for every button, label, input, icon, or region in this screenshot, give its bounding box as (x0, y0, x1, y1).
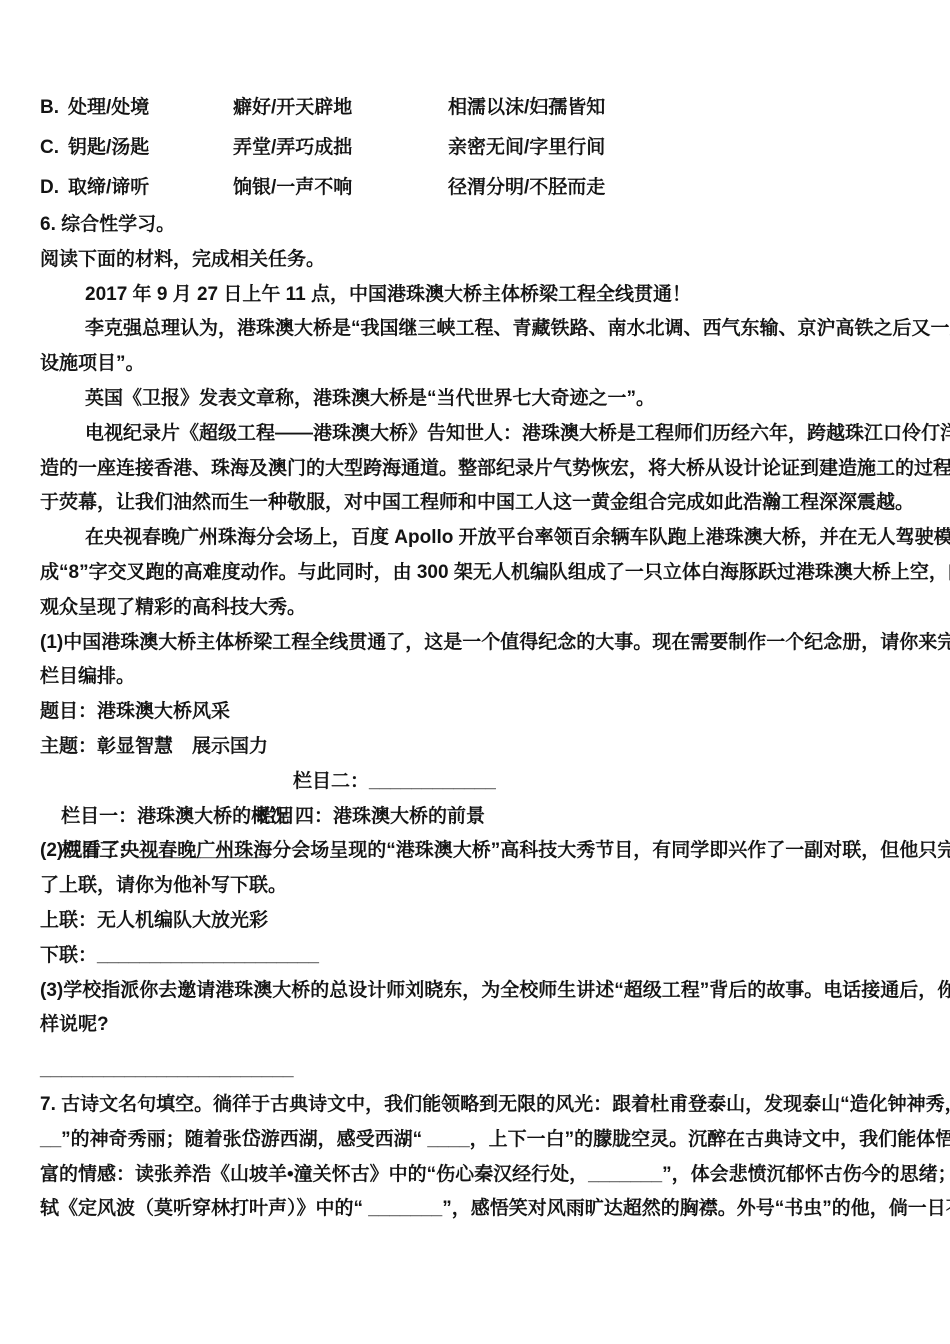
q6-part3-line: 样说呢? (40, 1008, 912, 1043)
option-pair-2: 饷银/一声不响 (233, 168, 448, 208)
q6-intro: 阅读下面的材料，完成相关任务。 (40, 243, 912, 278)
q6-album-theme-line: 主题：彰显智慧 展示国力 (40, 730, 912, 765)
q7-line: 7. 古诗文名句填空。徜徉于古典诗文中，我们能领略到无限的风光：跟着杜甫登泰山，… (40, 1088, 912, 1123)
option-pair-1: 钥匙/汤匙 (68, 128, 233, 168)
q6-material-line: 造的一座连接香港、珠海及澳门的大型跨海通道。整部纪录片气势恢宏，将大桥从设计论证… (40, 452, 912, 487)
q6-album-title-line: 题目：港珠澳大桥风采 (40, 695, 912, 730)
option-row-b: B. 处理/处境 癖好/开天辟地 相濡以沫/妇孺皆知 (40, 88, 912, 128)
q6-material-line: 于荧幕，让我们油然而生一种敬服，对中国工程师和中国工人这一黄金组合完成如此浩瀚工… (40, 486, 912, 521)
option-pair-3: 相濡以沫/妇孺皆知 (448, 88, 912, 128)
q6-part1-line: 栏目编排。 (40, 660, 912, 695)
q6-heading: 6. 综合性学习。 (40, 208, 912, 243)
option-row-c: C. 钥匙/汤匙 弄堂/弄巧成拙 亲密无间/字里行间 (40, 128, 912, 168)
column-four-label: 栏目四：港珠澳大桥的前景 (257, 800, 485, 835)
option-pair-1: 取缔/谛听 (68, 168, 233, 208)
q6-part2-line: (2)观看了央视春晚广州珠海分会场呈现的“港珠澳大桥”高科技大秀节目，有同学即兴… (40, 834, 912, 869)
q6-column-line-3-4: 栏目三：____________ 栏目四：港珠澳大桥的前景 (40, 800, 912, 835)
option-label: B. (40, 88, 68, 128)
q6-material-line: 成“8”字交叉跑的高难度动作。与此同时，由 300 架无人机编队组成了一只立体白… (40, 556, 912, 591)
q7-line: 富的情感：读张养浩《山坡羊•潼关怀古》中的“伤心秦汉经行处，_______”，体… (40, 1158, 912, 1193)
q6-material-line: 设施项目”。 (40, 347, 912, 382)
column-two-blank: 栏目二：____________ (293, 765, 496, 800)
q6-material-line: 在央视春晚广州珠海分会场上，百度 Apollo 开放平台率领百余辆车队跑上港珠澳… (40, 521, 912, 556)
q6-material-line: 李克强总理认为，港珠澳大桥是“我国继三峡工程、青藏铁路、南水北调、西气东输、京沪… (40, 312, 912, 347)
q6-material-line: 2017 年 9 月 27 日上午 11 点，中国港珠澳大桥主体桥梁工程全线贯通… (40, 278, 912, 313)
q6-material-line: 电视纪录片《超级工程——港珠澳大桥》告知世人：港珠澳大桥是工程师们历经六年，跨越… (40, 417, 912, 452)
exam-paper-page: B. 处理/处境 癖好/开天辟地 相濡以沫/妇孺皆知 C. 钥匙/汤匙 弄堂/弄… (0, 0, 950, 1344)
q6-part3-line: (3)学校指派你去邀请港珠澳大桥的总设计师刘晓东，为全校师生讲述“超级工程”背后… (40, 974, 912, 1009)
q6-couplet-lower-blank: 下联：_____________________ (40, 939, 912, 974)
q6-material-line: 观众呈现了精彩的高科技大秀。 (40, 591, 912, 626)
q6-column-line-1-2: 栏目一：港珠澳大桥的概况 栏目二：____________ (40, 765, 912, 800)
option-row-d: D. 取缔/谛听 饷银/一声不响 径渭分明/不胫而走 (40, 168, 912, 208)
option-pair-2: 癖好/开天辟地 (233, 88, 448, 128)
option-pair-1: 处理/处境 (68, 88, 233, 128)
option-label: C. (40, 128, 68, 168)
q6-couplet-upper-line: 上联：无人机编队大放光彩 (40, 904, 912, 939)
option-pair-3: 径渭分明/不胫而走 (448, 168, 912, 208)
option-pair-3: 亲密无间/字里行间 (448, 128, 912, 168)
q7-line: __”的神奇秀丽；随着张岱游西湖，感受西湖“ ____，上下一白”的朦胧空灵。沉… (40, 1123, 912, 1158)
option-label: D. (40, 168, 68, 208)
q7-line: 轼《定风波（莫听穿林打叶声）》中的“ _______”，感悟笑对风雨旷达超然的胸… (40, 1192, 912, 1227)
q6-part1-line: (1)中国港珠澳大桥主体桥梁工程全线贯通了，这是一个值得纪念的大事。现在需要制作… (40, 626, 912, 661)
q6-answer-blank-line: ________________________ (40, 1053, 912, 1088)
option-pair-2: 弄堂/弄巧成拙 (233, 128, 448, 168)
q6-part2-line: 了上联，请你为他补写下联。 (40, 869, 912, 904)
q6-material-line: 英国《卫报》发表文章称，港珠澳大桥是“当代世界七大奇迹之一”。 (40, 382, 912, 417)
